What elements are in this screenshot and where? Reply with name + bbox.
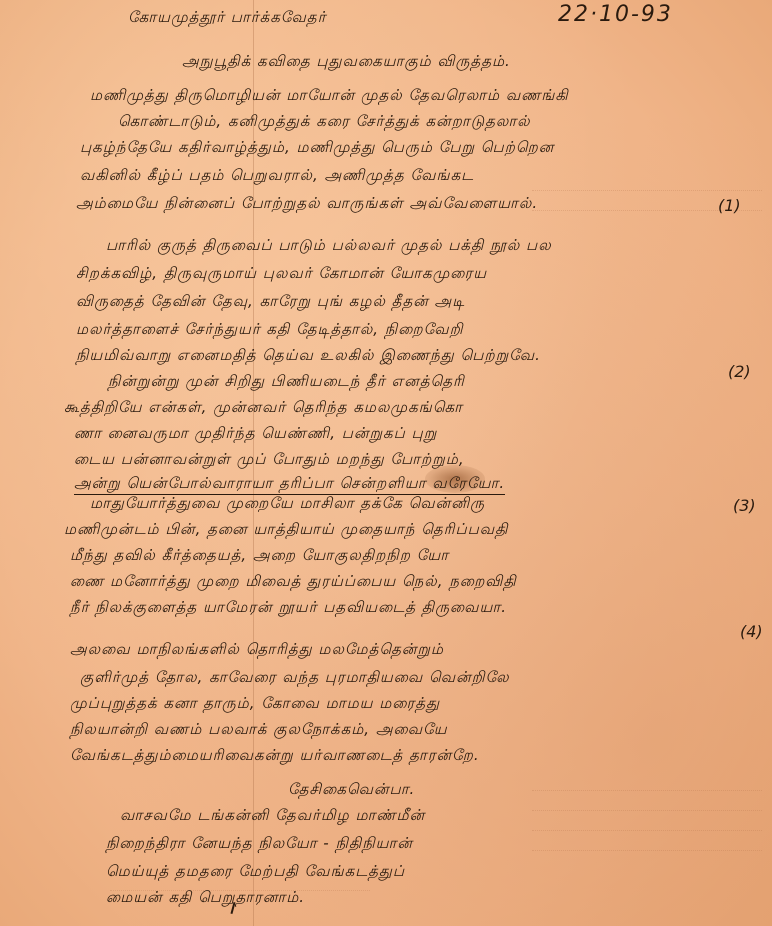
closing-line-3: மெய்யுத் தமதரை மேற்பதி வேங்கடத்துப் [106,862,405,882]
verse-4-line-4: ணை மனோர்த்து முறை மிவைத் துரய்ப்பைய நெல்… [70,572,517,592]
verse-4-line-2: மணிமுன்டம் பின், தனை யாத்தியாய் முதையாந்… [64,520,508,540]
closing-line-2: நிறைந்திரா னேயந்த நிலயோ - நிதிநியான் [106,834,413,854]
verse-2-line-4: மலர்த்தாளைச் சேர்ந்துயர் கதி தேடித்தால்,… [76,320,464,340]
bleed-through [532,840,762,851]
verse-1-line-2: கொண்டாடும், கனிமுத்துக் கரை சேர்த்துக் க… [118,112,531,132]
bleed-through [532,180,762,191]
verse-3-line-4: டைய பன்னாவன்றுள் முப் போதும் மறந்து போற்… [74,450,465,470]
bleed-through [532,800,762,811]
verse-1-line-1: மணிமுத்து திருமொழியன் மாயோன் முதல் தேவரெ… [90,86,569,106]
bleed-through [532,780,762,791]
verse-3-number: (3) [733,496,756,515]
verse-2-line-2: சிறக்கவிழ், திருவுருமாய் புலவர் கோமான் ய… [76,264,487,284]
closing-line-1: வாசவமே டங்கன்னி தேவர்மிழ மாண்மீன் [120,806,425,826]
place-title: கோயமுத்தூர் பார்க்கவேதர் [128,8,326,28]
bleed-through [532,820,762,831]
poem-title: அநுபூதிக் கவிதை புதுவகையாகும் விருத்தம். [182,52,511,72]
verse-3-line-2: கூத்திறியே என்கள், முன்னவர் தெரிந்த கமலம… [64,398,463,418]
verse-4-number: (4) [740,622,763,641]
verse-5-line-5: வேங்கடத்தும்மையரிவைகன்று யர்வாணடைத் தாரன… [70,746,480,766]
verse-3-line-5: அன்று யென்போல்வாராயா தரிப்பா சென்றளியா வ… [74,474,505,495]
verse-5-line-2: குளிர்முத் தோல, காவேரை வந்த புரமாதியவை வ… [80,668,510,688]
verse-4-line-1: மாதுயோர்த்துவை முறையே மாசிலா தக்கே வென்ன… [90,494,485,514]
verse-2-line-3: விருதைத் தேவின் தேவு, காரேறு புங் கழல் த… [76,292,465,312]
closing-title: தேசிகைவென்பா. [288,780,415,800]
verse-4-line-5: நீர் நிலக்குளைத்த யாமேரன் றூயர் பதவியடைத… [70,598,507,618]
date: 22·10-93 [558,2,673,27]
verse-2-number: (2) [728,362,751,381]
verse-1-line-4: வகினில் கீழ்ப் பதம் பெறுவரால், அணிமுத்த … [80,166,474,186]
verse-1-line-3: புகழ்ந்தேயே கதிர்வாழ்த்தும், மணிமுத்து ப… [80,138,554,158]
verse-2-line-5: நியமிவ்வாறு எனைமதித் தெய்வ உலகில் இணைந்த… [76,346,541,366]
verse-2-line-1: பாரில் குருத் திருவைப் பாடும் பல்லவர் மு… [106,236,552,256]
verse-3-line-1: நின்றுன்று முன் சிறிது பிணியடைந் தீர் என… [108,372,465,392]
verse-3-line-3: ணா னைவருமா முதிர்ந்த யெண்ணி, பன்றுகப் பு… [74,424,437,444]
verse-4-line-3: மீந்து தவில் கீர்த்தையத், அறை யோகுலதிறநி… [70,546,449,566]
closing-line-4: மையன் கதி பெறுதாரனாம். [106,888,305,908]
verse-5-line-3: முப்புறுத்தக் கனா தாரும், கோவை மாமய மரைத… [70,694,440,714]
verse-1-number: (1) [718,196,741,215]
verse-5-line-4: நிலயான்றி வணம் பலவாக் குலநோக்கம், அவையே [70,720,448,740]
verse-5-line-1: அலவை மாநிலங்களில் தொரித்து மலமேத்தென்றும… [70,640,444,660]
verse-1-line-5: அம்மையே நின்னைப் போற்றுதல் வாருங்கள் அவ்… [76,194,538,214]
manuscript-page: கோயமுத்தூர் பார்க்கவேதர் 22·10-93 அநுபூத… [0,0,772,926]
